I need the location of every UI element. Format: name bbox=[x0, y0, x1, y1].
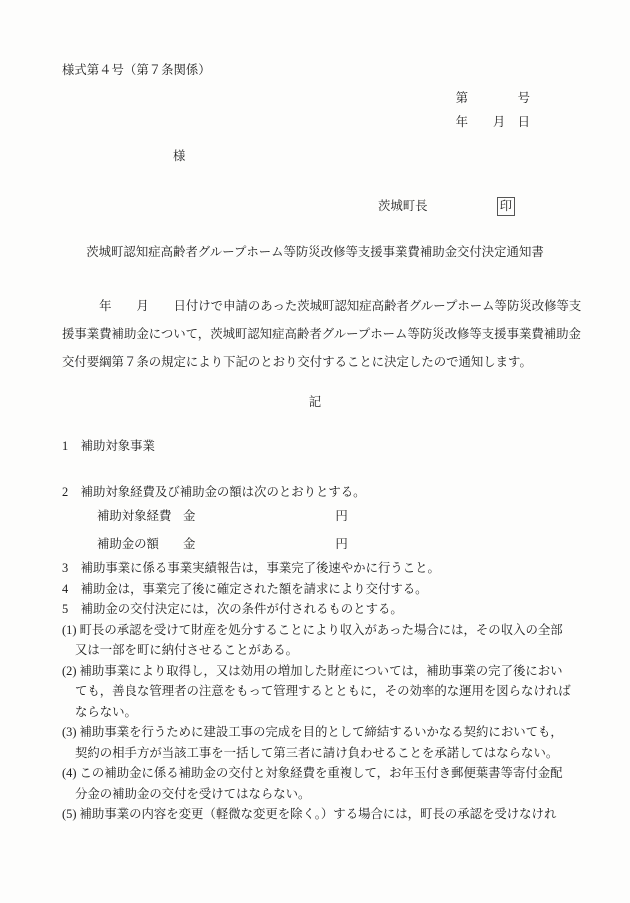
cost-row-subsidy-amount: 補助金の額 金 円 bbox=[62, 530, 568, 558]
issuer-line: 茨城町長 印 bbox=[62, 194, 568, 218]
body-paragraph: 年 月 日付けで申請のあった茨城町認知症高齢者グループホーム等防災改修等支 援事… bbox=[62, 292, 568, 376]
cost-row-label: 補助対象経費 bbox=[97, 502, 183, 530]
seal-stamp-box: 印 bbox=[497, 197, 515, 216]
body-line-1: 年 月 日付けで申請のあった茨城町認知症高齢者グループホーム等防災改修等支 bbox=[62, 292, 568, 320]
section-4-heading: 4 補助金は，事業完了後に確定された額を請求により交付する。 bbox=[62, 579, 568, 600]
section-5-heading: 5 補助金の交付決定には，次の条件が付されるものとする。 bbox=[62, 599, 568, 620]
currency-suffix: 円 bbox=[335, 530, 347, 558]
form-number: 様式第４号（第７条関係） bbox=[62, 60, 568, 80]
condition-4: (4) この補助金に係る補助金の交付と対象経費を重複して，お年玉付き郵便葉書等寄… bbox=[62, 763, 568, 804]
currency-prefix: 金 bbox=[183, 502, 195, 530]
body-line-2: 援事業費補助金について，茨城町認知症高齢者グループホーム等防災改修等支援事業費補… bbox=[62, 320, 568, 348]
cost-row-label: 補助金の額 bbox=[97, 530, 183, 558]
terms-block: 3 補助事業に係る事業実績報告は，事業完了後速やかに行うこと。 4 補助金は，事… bbox=[62, 558, 568, 825]
condition-1: (1) 町長の承認を受けて財産を処分することにより収入があった場合には，その収入… bbox=[62, 620, 568, 661]
currency-suffix: 円 bbox=[335, 502, 347, 530]
condition-3-line-2: 契約の相手方が当該工事を一括して第三者に請け負わせることを承諾してはならない。 bbox=[62, 743, 568, 764]
condition-2-line-3: ならない。 bbox=[62, 702, 568, 723]
condition-4-line-2: 分金の補助金の交付を受けてはならない。 bbox=[62, 784, 568, 805]
document-title: 茨城町認知症高齢者グループホーム等防災改修等支援事業費補助金交付決定通知書 bbox=[62, 242, 568, 262]
document-number-blank: 第 号 bbox=[62, 86, 568, 110]
amount-blank bbox=[195, 502, 335, 530]
date-blank: 年 月 日 bbox=[62, 110, 568, 134]
issuer-name: 茨城町長 bbox=[378, 194, 428, 218]
body-line-3: 交付要綱第７条の規定により下記のとおり交付することに決定したので通知します。 bbox=[62, 348, 568, 376]
condition-1-line-1: (1) 町長の承認を受けて財産を処分することにより収入があった場合には，その収入… bbox=[62, 620, 568, 641]
document-page: 様式第４号（第７条関係） 第 号 年 月 日 様 茨城町長 印 茨城町認知症高齢… bbox=[0, 0, 630, 903]
condition-5: (5) 補助事業の内容を変更（軽微な変更を除く。）する場合には，町長の承認を受け… bbox=[62, 804, 568, 825]
section-2-heading: 2 補助対象経費及び補助金の額は次のとおりとする。 bbox=[62, 482, 568, 502]
cost-row-subsidy-expenses: 補助対象経費 金 円 bbox=[62, 502, 568, 530]
addressee-honorific: 様 bbox=[173, 149, 185, 163]
record-mark: 記 bbox=[62, 392, 568, 412]
condition-5-line-1: (5) 補助事業の内容を変更（軽微な変更を除く。）する場合には，町長の承認を受け… bbox=[62, 804, 568, 825]
currency-prefix: 金 bbox=[183, 530, 195, 558]
condition-3-line-1: (3) 補助事業を行うために建設工事の完成を目的として締結するいかなる契約におい… bbox=[62, 722, 568, 743]
section-3-heading: 3 補助事業に係る事業実績報告は，事業完了後速やかに行うこと。 bbox=[62, 558, 568, 579]
addressee-line: 様 bbox=[62, 146, 568, 166]
section-1-heading: 1 補助対象事業 bbox=[62, 436, 568, 456]
condition-2-line-2: ても，善良な管理者の注意をもって管理するとともに，その効率的な運用を図らなければ bbox=[62, 681, 568, 702]
condition-3: (3) 補助事業を行うために建設工事の完成を目的として締結するいかなる契約におい… bbox=[62, 722, 568, 763]
condition-1-line-2: 又は一部を町に納付させることがある。 bbox=[62, 640, 568, 661]
condition-4-line-1: (4) この補助金に係る補助金の交付と対象経費を重複して，お年玉付き郵便葉書等寄… bbox=[62, 763, 568, 784]
amount-blank bbox=[195, 530, 335, 558]
condition-2: (2) 補助事業により取得し，又は効用の増加した財産については，補助事業の完了後… bbox=[62, 661, 568, 723]
condition-2-line-1: (2) 補助事業により取得し，又は効用の増加した財産については，補助事業の完了後… bbox=[62, 661, 568, 682]
